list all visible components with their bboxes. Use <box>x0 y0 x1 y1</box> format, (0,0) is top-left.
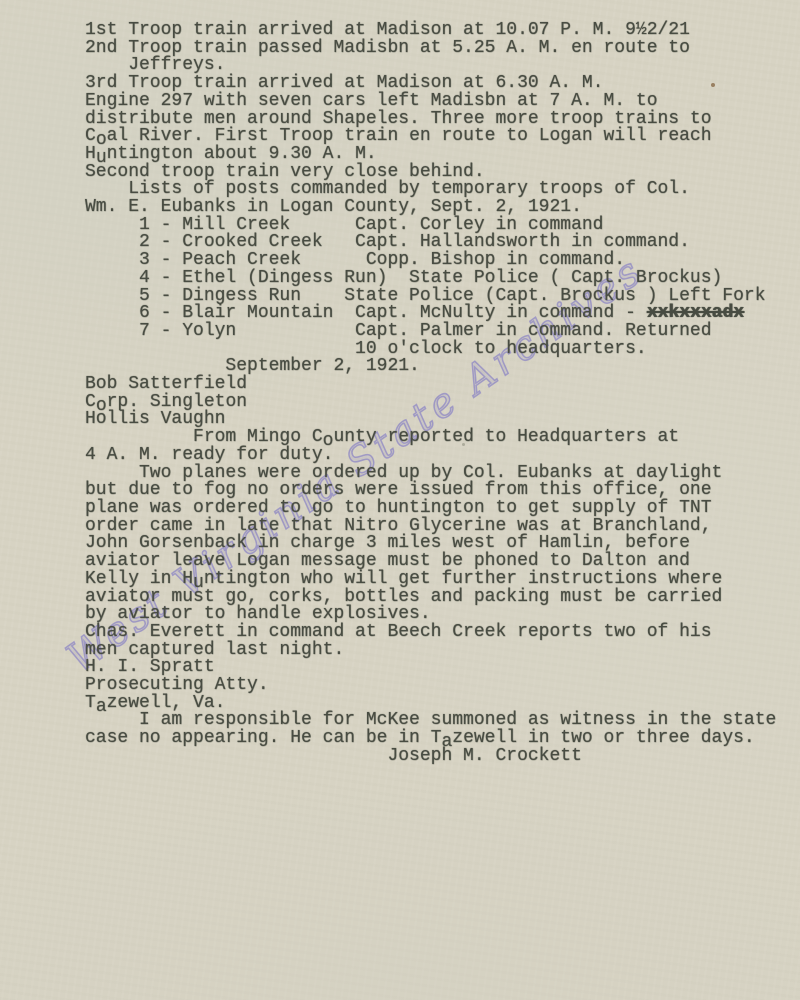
section-posts-list: 1 - Mill Creek Capt. Corley in command 2… <box>85 217 790 359</box>
scanned-document-page: West Virginia State Archives 1st Troop t… <box>0 0 800 1000</box>
section-troop-train-arrivals: 1st Troop train arrived at Madison at 10… <box>85 22 790 93</box>
section-engine-297-movements: Engine 297 with seven cars left Madisbn … <box>85 93 790 182</box>
typewritten-text: 1st Troop train arrived at Madison at 10… <box>85 22 790 766</box>
section-beech-creek-report: Chas. Everett in command at Beech Creek … <box>85 624 790 659</box>
section-planes-paragraph: Two planes were ordered up by Col. Euban… <box>85 465 790 624</box>
section-spratt-mckee-note: H. I. Spratt Prosecuting Atty. Tazewell,… <box>85 659 790 765</box>
section-posts-heading: Lists of posts commanded by temporary tr… <box>85 181 790 216</box>
section-mingo-county-report: Bob Satterfield Corp. Singleton Hollis V… <box>85 376 790 465</box>
